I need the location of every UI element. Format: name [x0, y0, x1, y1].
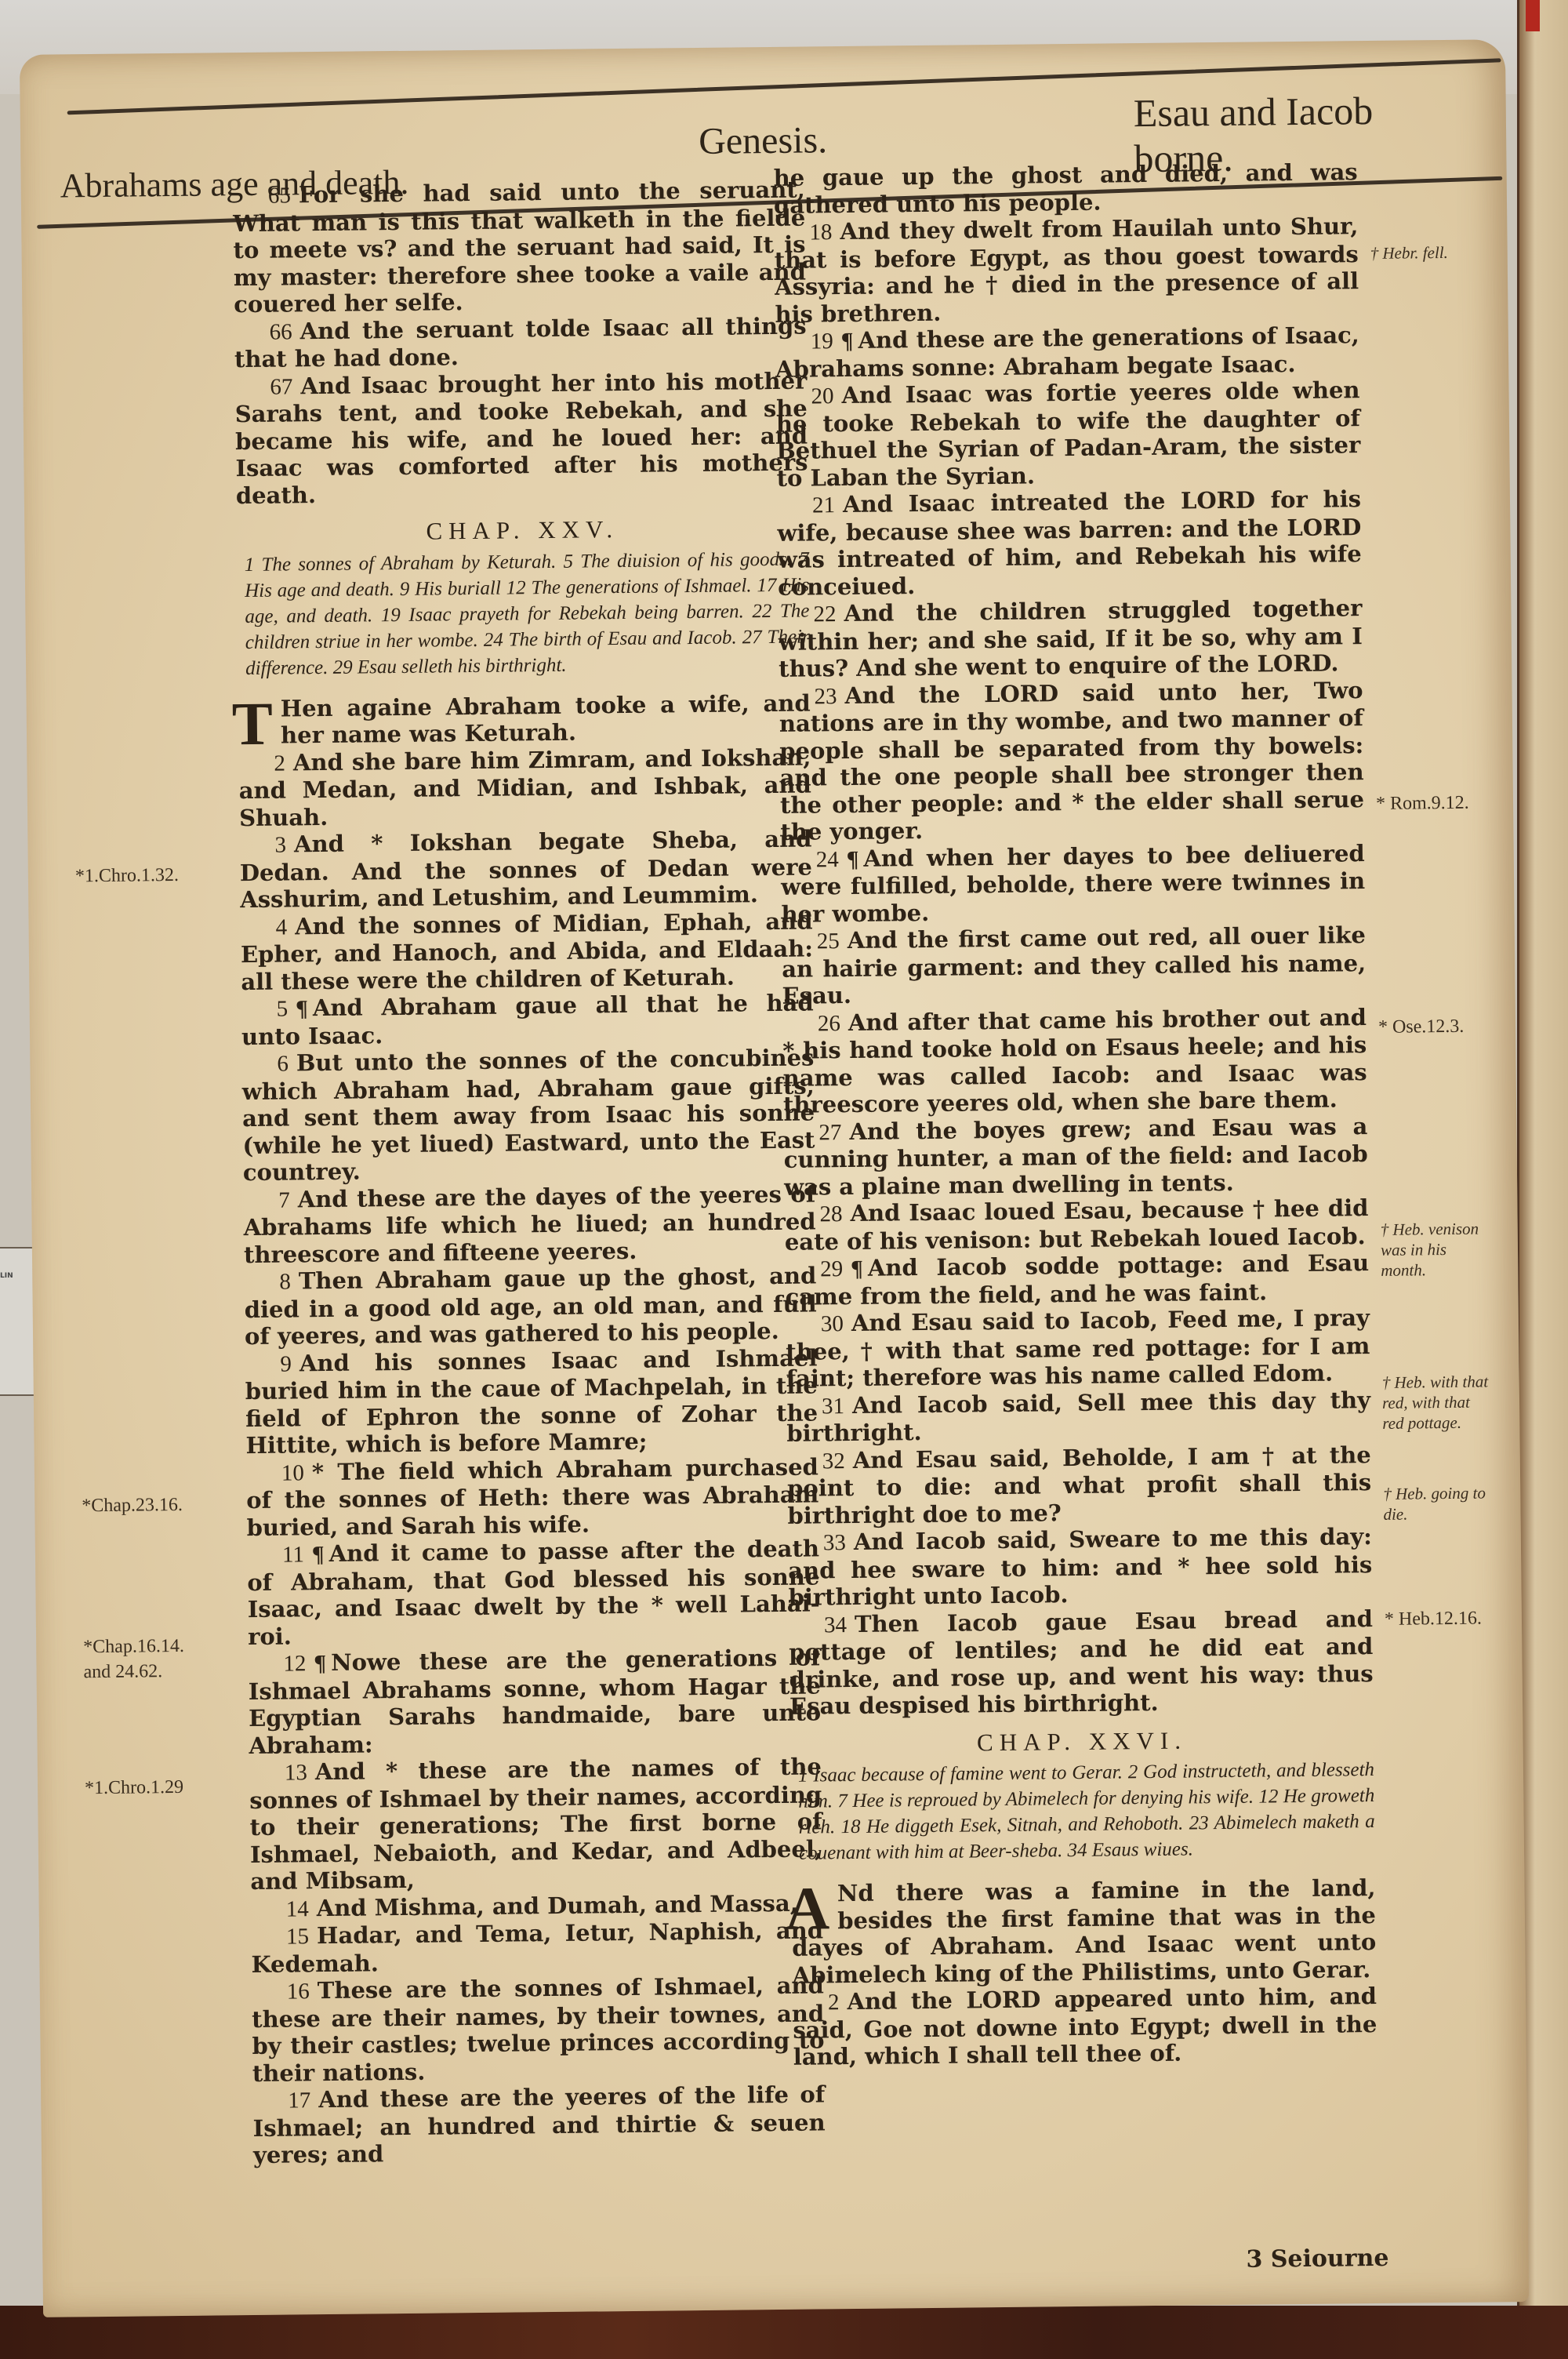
chapter-26-verses: 2And the LORD appeared unto him, and sai…: [793, 1983, 1377, 2070]
verse-number: 14: [286, 1896, 309, 1921]
verse: 19¶And these are the generations of Isaa…: [775, 322, 1360, 383]
verse-text: And * Iokshan begate Sheba, and Dedan. A…: [240, 825, 812, 913]
verse: 3And * Iokshan begate Sheba, and Dedan. …: [239, 825, 812, 913]
verse: 16These are the sonnes of Ishmael, and t…: [252, 1972, 825, 2087]
verse-text: And these are the generations of Isaac, …: [775, 322, 1359, 382]
pilcrow-icon: ¶: [851, 1256, 863, 1281]
verse: 29¶And Iacob sodde pottage: and Esau cam…: [785, 1249, 1370, 1310]
pilcrow-icon: ¶: [296, 996, 308, 1021]
verse-number: 8: [279, 1269, 291, 1294]
verse: 12¶Nowe these are the generations of Ish…: [248, 1644, 821, 1759]
verse-number: 2: [828, 1990, 840, 2015]
chapter-25-verses-cont: he gaue up the ghost and died, and was g…: [773, 158, 1374, 1720]
verse-text: And Abraham gaue all that he had unto Is…: [241, 989, 814, 1049]
verse-text: And these are the yeeres of the life of …: [252, 2081, 825, 2168]
margin-note: † Heb. with that red, with that red pott…: [1382, 1371, 1493, 1433]
chapter-summary-25: 1 The sonnes of Abraham by Keturah. 5 Th…: [237, 546, 811, 682]
verse: 25And the first came out red, all ouer l…: [782, 921, 1367, 1009]
verse-number: 17: [288, 2088, 310, 2113]
margin-note: * Rom.9.12.: [1376, 793, 1469, 815]
verse-text: Nowe these are the generations of Ishmae…: [249, 1644, 822, 1758]
verse-number: 33: [823, 1530, 846, 1555]
book-page: Esau and Iacob borne. Genesis. Abrahams …: [20, 39, 1529, 2317]
ribbon-marker: [1526, 0, 1540, 31]
verse-text: And the seruant tolde Isaac all things t…: [234, 312, 807, 373]
verse-text: But unto the sonnes of the concubines wh…: [242, 1044, 815, 1186]
verse-number: 19: [811, 329, 833, 354]
verse-text: And the LORD said unto her, Two nations …: [779, 677, 1364, 845]
verse-text: And Esau said, Beholde, I am † at the po…: [787, 1441, 1371, 1529]
verse: 13And * these are the names of the sonne…: [249, 1753, 823, 1895]
verse-number: 67: [270, 374, 292, 399]
chapter-25-verses: 2And she bare him Zimram, and Iokshan, a…: [238, 743, 826, 2169]
verse: 66And the seruant tolde Isaac all things…: [234, 312, 807, 373]
verse: 23And the LORD said unto her, Two nation…: [779, 677, 1364, 846]
margin-note: * Ose.12.3.: [1378, 1016, 1465, 1038]
verse-text: And she bare him Zimram, and Iokshan, an…: [239, 743, 811, 831]
verse-text: And Isaac intreated the LORD for his wif…: [777, 485, 1362, 600]
verse-number: 66: [269, 319, 292, 344]
margin-note: † Heb. going to die.: [1383, 1482, 1494, 1524]
verse-number: 27: [818, 1120, 841, 1145]
verse: he gaue up the ghost and died, and was g…: [773, 158, 1358, 219]
verse-text: And the first came out red, all ouer lik…: [782, 921, 1366, 1009]
verse: 22And the children struggled together wi…: [778, 594, 1363, 682]
pilcrow-icon: ¶: [312, 1542, 325, 1567]
margin-note: *Chap.23.16.: [82, 1495, 183, 1517]
verse-number: 3: [274, 832, 286, 857]
chapter-opening-25: T Hen againe Abraham tooke a wife, and h…: [238, 689, 811, 750]
verse-text: For she had said unto the seruant, What …: [233, 176, 806, 318]
verse-text: he gaue up the ghost and died, and was g…: [773, 158, 1357, 218]
verse: 67And Isaac brought her into his mother …: [234, 367, 808, 509]
verse-text: And the children struggled together with…: [779, 594, 1363, 682]
verse-text: And Isaac was fortie yeeres olde when he…: [776, 376, 1361, 491]
verse: 2And she bare him Zimram, and Iokshan, a…: [238, 743, 811, 831]
verse-text: And * these are the names of the sonnes …: [249, 1753, 822, 1895]
verse-text: * The field which Abraham purchased of t…: [246, 1453, 818, 1541]
verse-number: 25: [817, 929, 840, 954]
verse: 27And the boyes grew; and Esau was a cun…: [783, 1113, 1368, 1201]
drop-cap: A: [785, 1883, 829, 1934]
chapter-summary-26: 1 Isaac because of famine went to Gerar.…: [790, 1757, 1375, 1866]
verse: 18And they dwelt from Hauilah unto Shur,…: [774, 213, 1359, 328]
verse: 20And Isaac was fortie yeeres olde when …: [775, 376, 1360, 492]
verse-number: 4: [275, 914, 287, 940]
pilcrow-icon: ¶: [847, 846, 859, 871]
verse-text: And the LORD appeared unto him, and said…: [793, 1983, 1377, 2070]
margin-note: † Heb. venison was in his month.: [1381, 1218, 1491, 1280]
verse-text: And the boyes grew; and Esau was a cunni…: [784, 1113, 1368, 1201]
verse-text: And it came to passe after the death of …: [247, 1535, 820, 1649]
verse-text: And Isaac loued Esau, because † hee did …: [785, 1194, 1369, 1255]
verse-number: 24: [816, 847, 839, 872]
verse-number: 22: [813, 602, 836, 627]
margin-note: *1.Chro.1.29: [85, 1777, 183, 1799]
catchword: 3 Seiourne: [1246, 2245, 1388, 2274]
margin-note: and 24.62.: [83, 1661, 162, 1683]
verse-text: And after that came his brother out and …: [782, 1004, 1367, 1118]
drop-cap: T: [232, 698, 274, 749]
verse-text: These are the sonnes of Ishmael, and the…: [252, 1972, 825, 2086]
verse-number: 18: [809, 220, 832, 245]
verse-text: And Iacob said, Sell mee this day thy bi…: [786, 1387, 1370, 1447]
verse-number: 7: [278, 1187, 290, 1212]
right-text-column: he gaue up the ghost and died, and was g…: [773, 158, 1377, 2070]
verse: 30And Esau said to Iacob, Feed me, I pra…: [786, 1304, 1370, 1392]
verse: 7And these are the dayes of the yeeres o…: [243, 1180, 816, 1268]
margin-note: † Hebr. fell.: [1370, 242, 1480, 264]
verse: 8Then Abraham gaue up the ghost, and die…: [244, 1262, 817, 1350]
verse-number: 9: [280, 1351, 292, 1376]
verse-text: Then Abraham gaue up the ghost, and died…: [245, 1262, 817, 1350]
verse-number: 10: [281, 1460, 304, 1485]
verse: 24¶And when her dayes to bee deliuered w…: [781, 840, 1366, 928]
verse-number: 65: [268, 183, 291, 208]
verse-number: 32: [822, 1448, 845, 1474]
verse-text: And the sonnes of Midian, Ephah, and Eph…: [241, 907, 813, 995]
pilcrow-icon: ¶: [841, 329, 854, 354]
chapter-heading-25: CHAP. XXV.: [236, 514, 808, 547]
opening-text: Nd there was a famine in the land, besid…: [792, 1874, 1376, 1988]
verse: 11¶And it came to passe after the death …: [247, 1535, 820, 1650]
left-text-column: 65For she had said unto the seruant, Wha…: [233, 176, 826, 2169]
verse-text: And when her dayes to bee deliuered were…: [781, 840, 1365, 928]
verse: 21And Isaac intreated the LORD for his w…: [777, 485, 1362, 601]
verse: 10* The field which Abraham purchased of…: [246, 1453, 819, 1541]
margin-note: *Chap.16.14.: [83, 1636, 184, 1658]
verse: 32And Esau said, Beholde, I am † at the …: [787, 1441, 1372, 1529]
verse-number: 6: [277, 1051, 289, 1076]
verse: 65For she had said unto the seruant, Wha…: [233, 176, 807, 318]
verse: 6But unto the sonnes of the concubines w…: [241, 1044, 815, 1186]
chapter-opening-26: A Nd there was a famine in the land, bes…: [791, 1874, 1376, 1989]
verse-number: 2: [274, 751, 285, 776]
verse: 5¶And Abraham gaue all that he had unto …: [241, 989, 815, 1050]
verse-number: 11: [282, 1542, 304, 1567]
verse-text: Hadar, and Tema, Ietur, Naphish, and Ked…: [251, 1917, 823, 1977]
opening-text: Hen againe Abraham tooke a wife, and her…: [281, 689, 811, 749]
verse-number: 13: [285, 1760, 307, 1785]
verse-number: 5: [277, 996, 289, 1021]
verse-number: 15: [286, 1924, 309, 1949]
verse-number: 30: [821, 1311, 844, 1336]
verse: 17And these are the yeeres of the life o…: [252, 2081, 826, 2168]
verse-number: 28: [819, 1201, 842, 1227]
chapter-24-verses-end: 65For she had said unto the seruant, Wha…: [233, 176, 808, 510]
verse-text: And these are the dayes of the yeeres of…: [243, 1180, 815, 1268]
verse: 2And the LORD appeared unto him, and sai…: [793, 1983, 1377, 2070]
verse-number: 12: [283, 1651, 306, 1676]
library-label-text: LIN: [0, 1272, 13, 1280]
verse: 33And Iacob said, Sweare to me this day:…: [788, 1523, 1373, 1611]
verse: 15Hadar, and Tema, Ietur, Naphish, and K…: [251, 1917, 824, 1978]
verse-text: And his sonnes Isaac and Ishmael buried …: [245, 1344, 818, 1459]
verse: 31And Iacob said, Sell mee this day thy …: [786, 1387, 1371, 1448]
verse: 9And his sonnes Isaac and Ishmael buried…: [245, 1344, 818, 1459]
verse: 26And after that came his brother out an…: [782, 1004, 1367, 1119]
verse-number: 16: [287, 1979, 310, 2004]
verse-text: Then Iacob gaue Esau bread and pottage o…: [789, 1605, 1374, 1720]
verse-text: And Mishma, and Dumah, and Massa,: [317, 1889, 798, 1921]
verse-number: 31: [822, 1394, 844, 1419]
verse-text: And they dwelt from Hauilah unto Shur, t…: [775, 213, 1359, 327]
verse-number: 26: [818, 1011, 840, 1036]
pilcrow-icon: ¶: [314, 1651, 326, 1676]
verse: 34Then Iacob gaue Esau bread and pottage…: [789, 1605, 1374, 1721]
margin-note: * Heb.12.16.: [1385, 1608, 1482, 1630]
running-head-book-title: Genesis.: [699, 118, 828, 163]
verse-text: And Isaac brought her into his mother Sa…: [235, 367, 808, 509]
verse-text: And Iacob said, Sweare to me this day: a…: [788, 1523, 1372, 1611]
verse-text: And Iacob sodde pottage: and Esau came f…: [785, 1249, 1369, 1310]
verse-number: 23: [814, 684, 837, 709]
verse-number: 21: [812, 493, 835, 518]
margin-note: *1.Chro.1.32.: [75, 865, 179, 887]
verse-number: 29: [820, 1256, 843, 1281]
verse-number: 20: [811, 383, 833, 409]
chapter-heading-26: CHAP. XXVI.: [789, 1725, 1374, 1758]
verse-number: 34: [824, 1612, 847, 1637]
verse: 28And Isaac loued Esau, because † hee di…: [784, 1194, 1369, 1256]
verse: 4And the sonnes of Midian, Ephah, and Ep…: [240, 907, 813, 995]
verse-text: And Esau said to Iacob, Feed me, I pray …: [786, 1304, 1370, 1392]
